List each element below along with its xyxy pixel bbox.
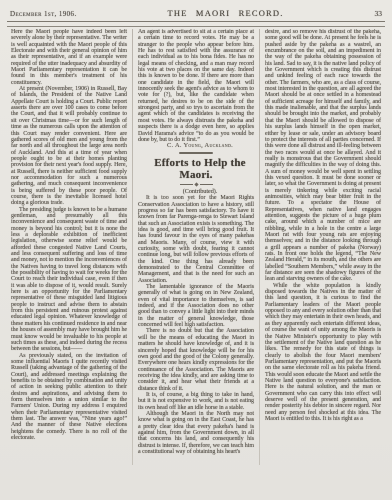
ornament-bar <box>180 184 193 185</box>
page-header: December 1st, 1906. THE MAORI RECORD. 33 <box>6 8 386 18</box>
headline-ornament <box>138 183 254 187</box>
issue-date: December 1st, 1906. <box>10 10 77 18</box>
column-left: Here the Maori people have indeed been l… <box>6 29 132 465</box>
column-right: desire, and so remove his distrust of th… <box>260 29 386 465</box>
paragraph: desire, and so remove his distrust of th… <box>265 29 381 283</box>
header-double-rule <box>7 21 385 27</box>
column-layout: Here the Maori people have indeed been l… <box>6 29 386 465</box>
paragraph: Although the Maori in the North may not … <box>138 411 254 455</box>
article-signature: C. A. Young, Auckland. <box>138 143 254 149</box>
paragraph: As previously stated, on the invitation … <box>11 353 127 442</box>
paragraph: It is too soon yet for the Maori Rights … <box>138 195 254 284</box>
newspaper-page: December 1st, 1906. THE MAORI RECORD. 33… <box>0 0 392 500</box>
article-headline: Efforts to Help the Maori. <box>138 157 254 181</box>
paragraph: Here the Maori people have indeed been l… <box>11 29 127 86</box>
ornament-diamond <box>194 183 198 187</box>
paragraph: While the white population is kindly dis… <box>265 283 381 423</box>
paragraph: There is no doubt but that the Associati… <box>138 328 254 391</box>
paragraph: The presiding judge is known to be a hum… <box>11 207 127 353</box>
ornament-bar <box>200 184 213 185</box>
page-number: 33 <box>374 9 382 18</box>
column-middle: An agent is advertised to sit at a certa… <box>133 29 259 465</box>
article-end-rule <box>179 152 213 154</box>
paragraph: An agent is advertised to sit at a certa… <box>138 29 254 143</box>
paragraph: At present (November, 1906) in Russell, … <box>11 86 127 207</box>
paragraph: The lamentable ignorance of the Maoris g… <box>138 284 254 328</box>
masthead-title: THE MAORI RECORD. <box>167 8 283 18</box>
paragraph: It is, of course, a big thing to take in… <box>138 392 254 411</box>
